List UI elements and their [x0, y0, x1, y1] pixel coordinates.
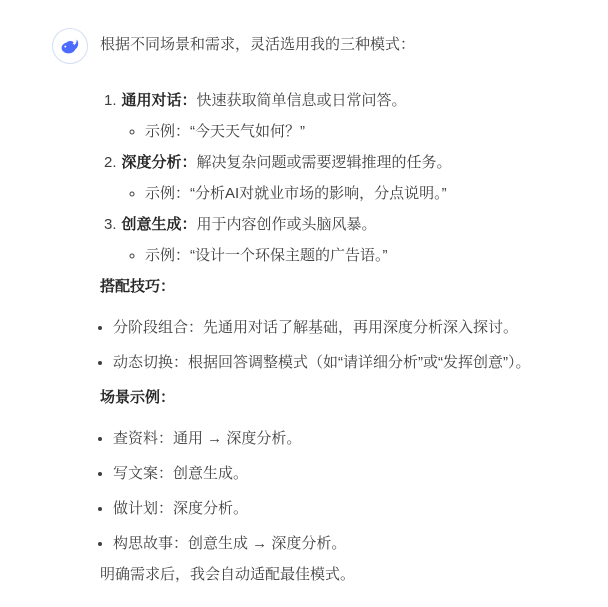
list-item: 写文案：创意生成。 [113, 463, 598, 484]
mode-term: 通用对话： [122, 92, 197, 109]
mode-desc: 快速获取简单信息或日常问答。 [197, 92, 407, 109]
example-item: 示例：“分析AI对就业市场的影响，分点说明。” [145, 183, 598, 204]
list-number: 3. [104, 216, 117, 233]
list-item: 查资料：通用 → 深度分析。 [113, 428, 598, 449]
example-list: 示例：“设计一个环保主题的广告语。” [104, 245, 598, 266]
list-item: 动态切换：根据回答调整模式（如“请详细分析”或“发挥创意”）。 [113, 352, 598, 373]
list-item: 构思故事：创意生成 → 深度分析。 [113, 533, 598, 554]
scenarios-list: 查资料：通用 → 深度分析。 写文案：创意生成。 做计划：深度分析。 构思故事：… [100, 428, 598, 554]
example-list: 示例：“分析AI对就业市场的影响，分点说明。” [104, 183, 598, 204]
closing-text: 明确需求后，我会自动适配最佳模式。 [100, 564, 598, 585]
list-item: 分阶段组合：先通用对话了解基础，再用深度分析深入探讨。 [113, 317, 598, 338]
example-item: 示例：“设计一个环保主题的广告语。” [145, 245, 598, 266]
tips-list: 分阶段组合：先通用对话了解基础，再用深度分析深入探讨。 动态切换：根据回答调整模… [100, 317, 598, 373]
modes-list: 1.通用对话：快速获取简单信息或日常问答。 示例：“今天天气如何？” 2.深度分… [100, 90, 598, 266]
example-list: 示例：“今天天气如何？” [104, 121, 598, 142]
chat-message-view: 根据不同场景和需求，灵活选用我的三种模式： 1.通用对话：快速获取简单信息或日常… [0, 0, 608, 607]
example-item: 示例：“今天天气如何？” [145, 121, 598, 142]
intro-text: 根据不同场景和需求，灵活选用我的三种模式： [100, 34, 598, 55]
mode-desc: 解决复杂问题或需要逻辑推理的任务。 [197, 154, 452, 171]
list-item: 做计划：深度分析。 [113, 498, 598, 519]
mode-desc: 用于内容创作或头脑风暴。 [197, 216, 377, 233]
list-number: 2. [104, 154, 117, 171]
tips-heading: 搭配技巧： [100, 276, 598, 297]
mode-term: 创意生成： [122, 216, 197, 233]
mode-term: 深度分析： [122, 154, 197, 171]
scenarios-heading: 场景示例： [100, 387, 598, 408]
list-item: 3.创意生成：用于内容创作或头脑风暴。 示例：“设计一个环保主题的广告语。” [104, 214, 598, 266]
list-item: 2.深度分析：解决复杂问题或需要逻辑推理的任务。 示例：“分析AI对就业市场的影… [104, 152, 598, 204]
list-number: 1. [104, 92, 117, 109]
message-content: 根据不同场景和需求，灵活选用我的三种模式： 1.通用对话：快速获取简单信息或日常… [0, 0, 608, 585]
list-item: 1.通用对话：快速获取简单信息或日常问答。 示例：“今天天气如何？” [104, 90, 598, 142]
